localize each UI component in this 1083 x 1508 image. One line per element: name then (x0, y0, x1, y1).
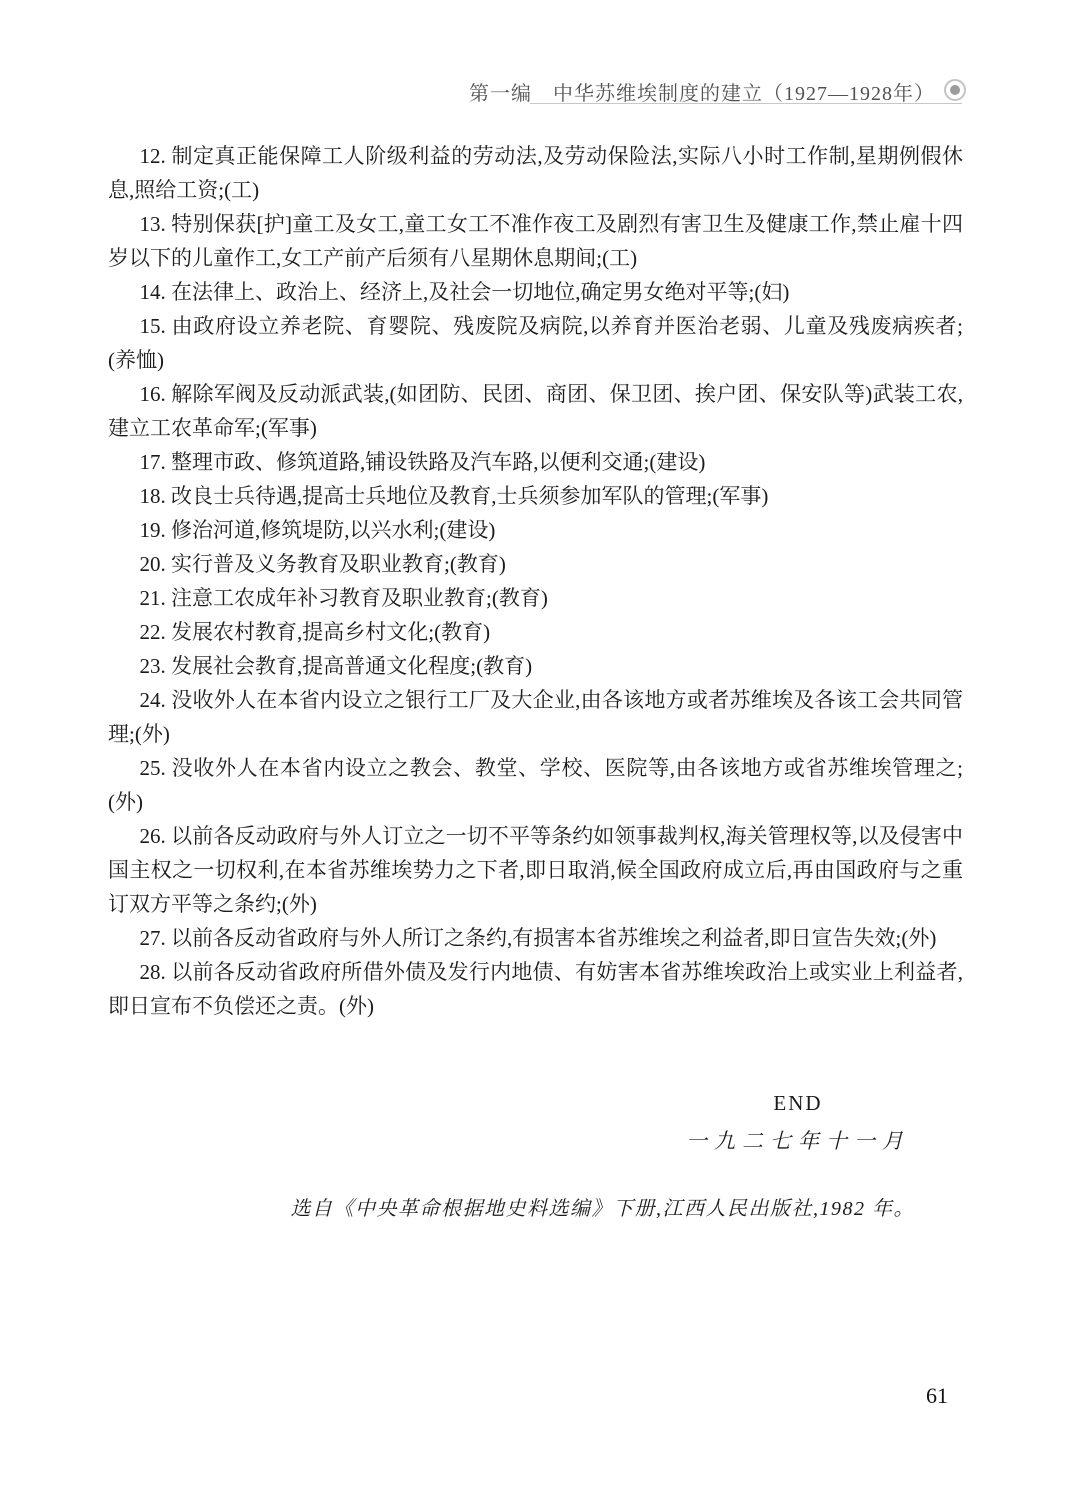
ordinance-item: 16. 解除军阀及反动派武装,(如团防、民团、商团、保卫团、挨户团、保安队等)武… (108, 377, 963, 445)
page-number: 61 (926, 1383, 948, 1409)
ordinance-item: 23. 发展社会教育,提高普通文化程度;(教育) (108, 649, 963, 683)
document-signoff: END 一九二七年十一月 (686, 1088, 910, 1156)
target-bullet-icon (944, 79, 966, 101)
ordinance-item: 15. 由政府设立养老院、育婴院、残废院及病院,以养育并医治老弱、儿童及残废病疾… (108, 309, 963, 377)
ordinance-item: 18. 改良士兵待遇,提高士兵地位及教育,士兵须参加军队的管理;(军事) (108, 479, 963, 513)
header-rule (530, 103, 962, 104)
ordinance-item: 26. 以前各反动政府与外人订立之一切不平等条约如领事裁判权,海关管理权等,以及… (108, 819, 963, 921)
signoff-date: 一九二七年十一月 (686, 1126, 910, 1156)
ordinance-item: 21. 注意工农成年补习教育及职业教育;(教育) (108, 581, 963, 615)
ordinance-item: 13. 特别保获[护]童工及女工,童工女工不准作夜工及剧烈有害卫生及健康工作,禁… (108, 207, 963, 275)
running-header-title: 第一编 中华苏维埃制度的建立（1927—1928年） (469, 77, 935, 106)
target-bullet-dot (950, 85, 960, 95)
ordinance-item: 25. 没收外人在本省内设立之教会、教堂、学校、医院等,由各该地方或省苏维埃管理… (108, 751, 963, 819)
ordinance-item: 22. 发展农村教育,提高乡村文化;(教育) (108, 615, 963, 649)
end-label: END (773, 1088, 822, 1118)
ordinance-item: 28. 以前各反动省政府所借外债及发行内地债、有妨害本省苏维埃政治上或实业上利益… (108, 955, 963, 1023)
source-citation: 选自《中央革命根据地史料选编》下册,江西人民出版社,1982 年。 (291, 1192, 916, 1221)
ordinance-item: 27. 以前各反动省政府与外人所订之条约,有损害本省苏维埃之利益者,即日宣告失效… (108, 921, 963, 955)
ordinance-item: 24. 没收外人在本省内设立之银行工厂及大企业,由各该地方或者苏维埃及各该工会共… (108, 683, 963, 751)
ordinance-item: 14. 在法律上、政治上、经济上,及社会一切地位,确定男女绝对平等;(妇) (108, 275, 963, 309)
ordinance-item: 17. 整理市政、修筑道路,铺设铁路及汽车路,以便利交通;(建设) (108, 445, 963, 479)
ordinance-item: 19. 修治河道,修筑堤防,以兴水利;(建设) (108, 513, 963, 547)
document-body: 12. 制定真正能保障工人阶级利益的劳动法,及劳动保险法,实际八小时工作制,星期… (108, 139, 963, 1023)
ordinance-item: 20. 实行普及义务教育及职业教育;(教育) (108, 547, 963, 581)
ordinance-item: 12. 制定真正能保障工人阶级利益的劳动法,及劳动保险法,实际八小时工作制,星期… (108, 139, 963, 207)
book-page: 第一编 中华苏维埃制度的建立（1927—1928年） 12. 制定真正能保障工人… (0, 0, 1083, 1508)
